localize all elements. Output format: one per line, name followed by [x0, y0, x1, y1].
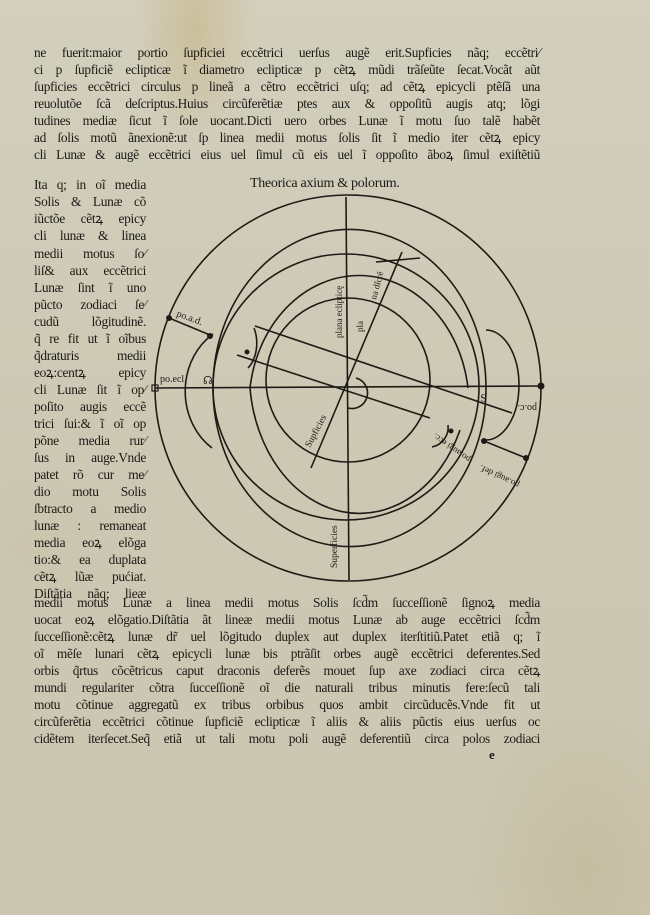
pole-dot [449, 429, 454, 434]
manuscript-page: ne fuerit:maior portio ſupficiei eccẽtri… [0, 0, 650, 915]
text-line: medii motus Lunæ a linea medii motus Sol… [34, 594, 540, 611]
text-line: ſucceſſionẽ:cẽtꝝ lunæ dr̃ uel lõgitudo d… [34, 628, 540, 645]
pole-dot [538, 383, 545, 390]
label-po-c: po.c. [518, 402, 537, 413]
label-po-augi-def: po.augi def. [478, 463, 521, 490]
pole-dot [207, 333, 213, 339]
label-supficies-inner: Supficies [303, 413, 329, 450]
text-line: motu cõtinue aggregatũ ex tribus orbibus… [34, 696, 540, 713]
pole-dot [166, 315, 172, 321]
label-superficies-outer: Superficies [329, 525, 340, 568]
theorica-axium-diagram: po.a.d. po.ecl. ☊ plana eclipticę pla na… [0, 0, 650, 915]
pole-dot [245, 350, 250, 355]
pole-dot [523, 455, 529, 461]
label-pla: pla [355, 321, 365, 332]
label-po-a-d: po.a.d. [175, 308, 204, 328]
signature-mark: e [489, 747, 495, 763]
label-s: S [480, 391, 487, 405]
text-line: oĩ mẽſe lunari cẽtꝝ epicycli lunæ bis pt… [34, 645, 540, 662]
text-line: uocat eoꝝ elõgatio.Diſtãtia ãt lineæ med… [34, 611, 540, 628]
text-line: cidẽtem iterſecet.Seq̃ etiã ut tali motu… [34, 730, 540, 747]
label-plana-ecliptice: plana eclipticę [334, 286, 344, 338]
text-line: mundi regulariter cõtra ſucceſſionẽ oĩ d… [34, 679, 540, 696]
text-line: circũferẽtia eccẽtrici cõtinue ſupficiẽ … [34, 713, 540, 730]
dragon-symbol: ☊ [203, 375, 213, 387]
label-po-augi-ecc: po.augi ecc. [431, 432, 472, 465]
label-po-ecl: po.ecl. [160, 374, 187, 385]
pole-dot [481, 438, 487, 444]
text-line: orbis q̃rtus cõcẽtricus caput draconis d… [34, 662, 540, 679]
